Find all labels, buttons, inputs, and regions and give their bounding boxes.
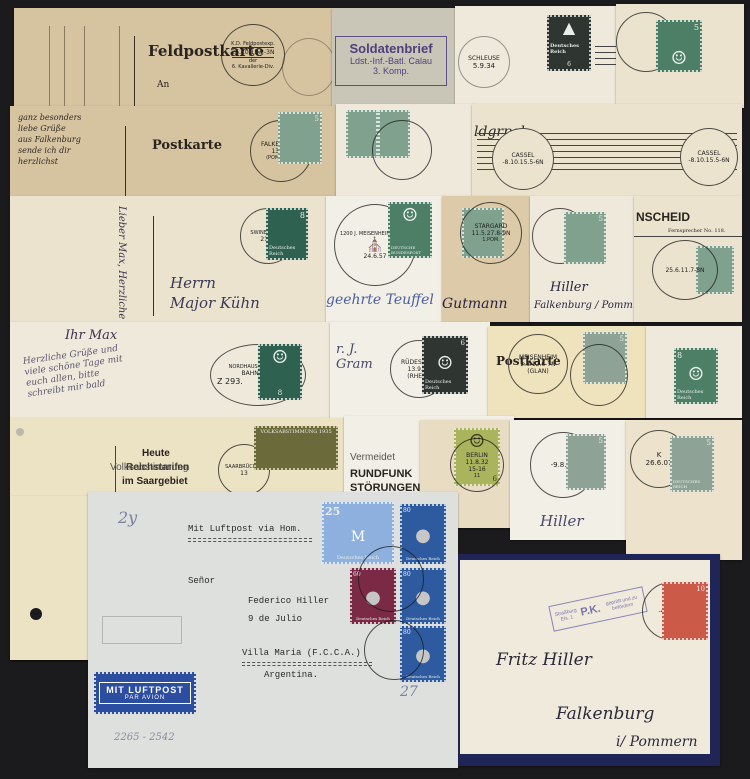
pair-stamps-card: [336, 104, 476, 196]
hindenburg-stamp-6: 6 ☺ Deutsches Reich: [422, 336, 468, 394]
nordhausen-handwriting: Ihr Max: [65, 328, 117, 343]
meisenheim-postmark-2: [570, 344, 628, 406]
scheid-heading: NSCHEID: [636, 210, 690, 224]
germania-left-card: -9.8.10 5 Hiller: [510, 420, 628, 540]
castle-stamp: ▲ Deutsches Reich 6: [547, 15, 591, 71]
swinemuende-address-2: Major Kühn: [170, 294, 260, 312]
postkarte-falkenburg-card: ganz besondersliebe Grüßeaus Falkenburgs…: [10, 106, 340, 198]
mourning-address-3: i/ Pommern: [616, 734, 697, 750]
pencil-note-right: 27: [400, 684, 418, 700]
stargard-handwriting: Gutmann: [442, 296, 507, 312]
ebert-stamp-8: ☺ 8: [258, 344, 302, 400]
mourning-address-2: Falkenburg: [556, 704, 654, 724]
top-right-stamp: 5 ☺: [656, 20, 702, 72]
airmail-cover: 2y Mit Luftpost via Hom. Señor Federico …: [88, 492, 458, 768]
rundfunk-slogan-1: Vermeidet: [350, 452, 395, 463]
pair-postmark: [372, 120, 432, 180]
germania-mid-card: 5 Hiller Falkenburg / Pomm.: [530, 196, 638, 322]
heuss-stamp: ☺ DEUTSCHE BUNDESPOST: [388, 202, 432, 258]
berlin-postmark: BERLIN 11.8.32 15-16 11: [450, 438, 504, 492]
schleusee-postmark: SCHLEUSE 5.9.34: [458, 36, 510, 88]
saar-slogan-1: Heute: [142, 448, 170, 459]
soldatenbrief-cachet: Soldatenbrief Ldst.-Inf.-Batl. Calau 3. …: [335, 36, 447, 86]
germania-10-stamp: 10: [662, 582, 708, 640]
saar-slogan-3: im Saargebiet: [122, 476, 188, 487]
salutation: Señor: [188, 576, 215, 586]
postkarte-meisenheim-card: MEISENHEIM 2.8.12.6-7N (GLAN) Postkarte …: [488, 326, 648, 418]
pencil-note-bottom: 2265 - 2542: [114, 732, 175, 743]
recipient-city: Villa Maria (F.C.C.A.): [242, 648, 361, 658]
scheid-subheading: Fernsprecher No. 118.: [668, 228, 725, 234]
scheid-postmark: 25.6.11.7-8N: [652, 240, 718, 300]
germania-stamp: 5: [278, 112, 322, 164]
meisenheim-1957-card: 1200 J. MEISENHEIM (GLAN) ⛪ 24.6.57 ☺ DE…: [326, 196, 446, 322]
feldpostkarte-card: Feldpostkarte An K.D. Feldpostexp. 25.10…: [14, 8, 332, 108]
recipient-country: Argentina.: [264, 670, 318, 680]
swinemuende-address-1: Herrn: [170, 274, 216, 292]
soldatenbrief-card: Soldatenbrief Ldst.-Inf.-Batl. Calau 3. …: [332, 8, 460, 108]
ebert-stamp: 8 Deutsches Reich: [266, 208, 308, 260]
punched-card: [10, 496, 94, 660]
airmail-label: MIT LUFTPOST PAR AVION: [94, 672, 196, 714]
germania-mid-handwriting-1: Hiller: [550, 280, 588, 295]
cassel-postmark-2: CASSEL -8.10.15.5-6N: [680, 128, 738, 186]
recipient-name: Federico Hiller: [248, 596, 329, 606]
beethoven-stamp: 8 ☺ Deutsches Reich: [674, 348, 718, 404]
germania-right-stamp: 5 DEUTSCHES REICH: [670, 436, 714, 492]
mourning-address-1: Fritz Hiller: [496, 650, 592, 670]
rundfunk-slogan-2: RUNDFUNK: [350, 468, 412, 480]
germania-left-stamp: 5: [566, 434, 606, 490]
cassel-postmark-1: CASSEL -8.10.15.5-6N: [492, 128, 554, 190]
swinemuende-handwriting: Lieber Max, Herzliche Grüße: [115, 206, 128, 324]
postkarte-meisenheim-title: Postkarte: [496, 354, 561, 368]
route-line: Mit Luftpost via Hom.: [188, 524, 301, 534]
pencil-note-top: 2y: [118, 508, 137, 527]
germania-mid-handwriting-2: Falkenburg / Pomm.: [534, 300, 636, 311]
postkarte-title: Postkarte: [152, 138, 222, 153]
falkenburg-handwriting: ganz besondersliebe Grüßeaus Falkenburgs…: [18, 112, 82, 167]
cassel-card: ldgrpel CASSEL -8.10.15.5-6N CASSEL -8.1…: [472, 104, 742, 196]
meisenheim-1957-handwriting: geehrte Teuffel: [326, 292, 434, 308]
mourning-cover: Straßburg Els. 1 P.K. geprüft und zu bef…: [456, 554, 720, 766]
swinemuende-card: Lieber Max, Herzliche Grüße SWINEMÜNDE 2…: [10, 196, 330, 324]
feldpostkarte-address-label: An: [157, 80, 169, 90]
nordhausen-card: Ihr Max Herzliche Grüße undviele schöne …: [10, 322, 334, 418]
recipient-street: 9 de Julio: [248, 614, 302, 624]
stargard-card: STARGARD 11.5.27.8-9N 1.POM. Gutmann: [442, 196, 532, 322]
airmail-postmark: [358, 546, 424, 612]
saar-volksabstimmung-stamp: VOLKSABSTIMMUNG 1935: [254, 426, 338, 470]
saar-slogan-2-overprint: Reichstarifen: [126, 462, 189, 473]
stargard-postmark: STARGARD 11.5.27.8-9N 1.POM.: [460, 202, 522, 264]
feldpost-postmark: K.D. Feldpostexp. 25.10.15.2-3N der 6. K…: [221, 24, 285, 86]
germania-mid-stamp: 5: [564, 212, 606, 264]
germania-left-handwriting: Hiller: [540, 512, 584, 530]
scheid-card: NSCHEID Fernsprecher No. 118. 25.6.11.7-…: [634, 196, 742, 322]
ruedesheim-card: r. J.Gram RÜDESHEIM 13.9.34 (RHEIN) 6 ☺ …: [330, 322, 490, 418]
top-right-card: 5 ☺: [616, 4, 744, 108]
germania-right-card: K 26.6.07 5 DEUTSCHES REICH: [626, 420, 742, 560]
beethoven-card: 8 ☺ Deutsches Reich: [646, 326, 742, 418]
airmail-postmark-2: [364, 620, 424, 680]
schleusee-card: SCHLEUSE 5.9.34 ▲ Deutsches Reich 6: [455, 6, 621, 108]
